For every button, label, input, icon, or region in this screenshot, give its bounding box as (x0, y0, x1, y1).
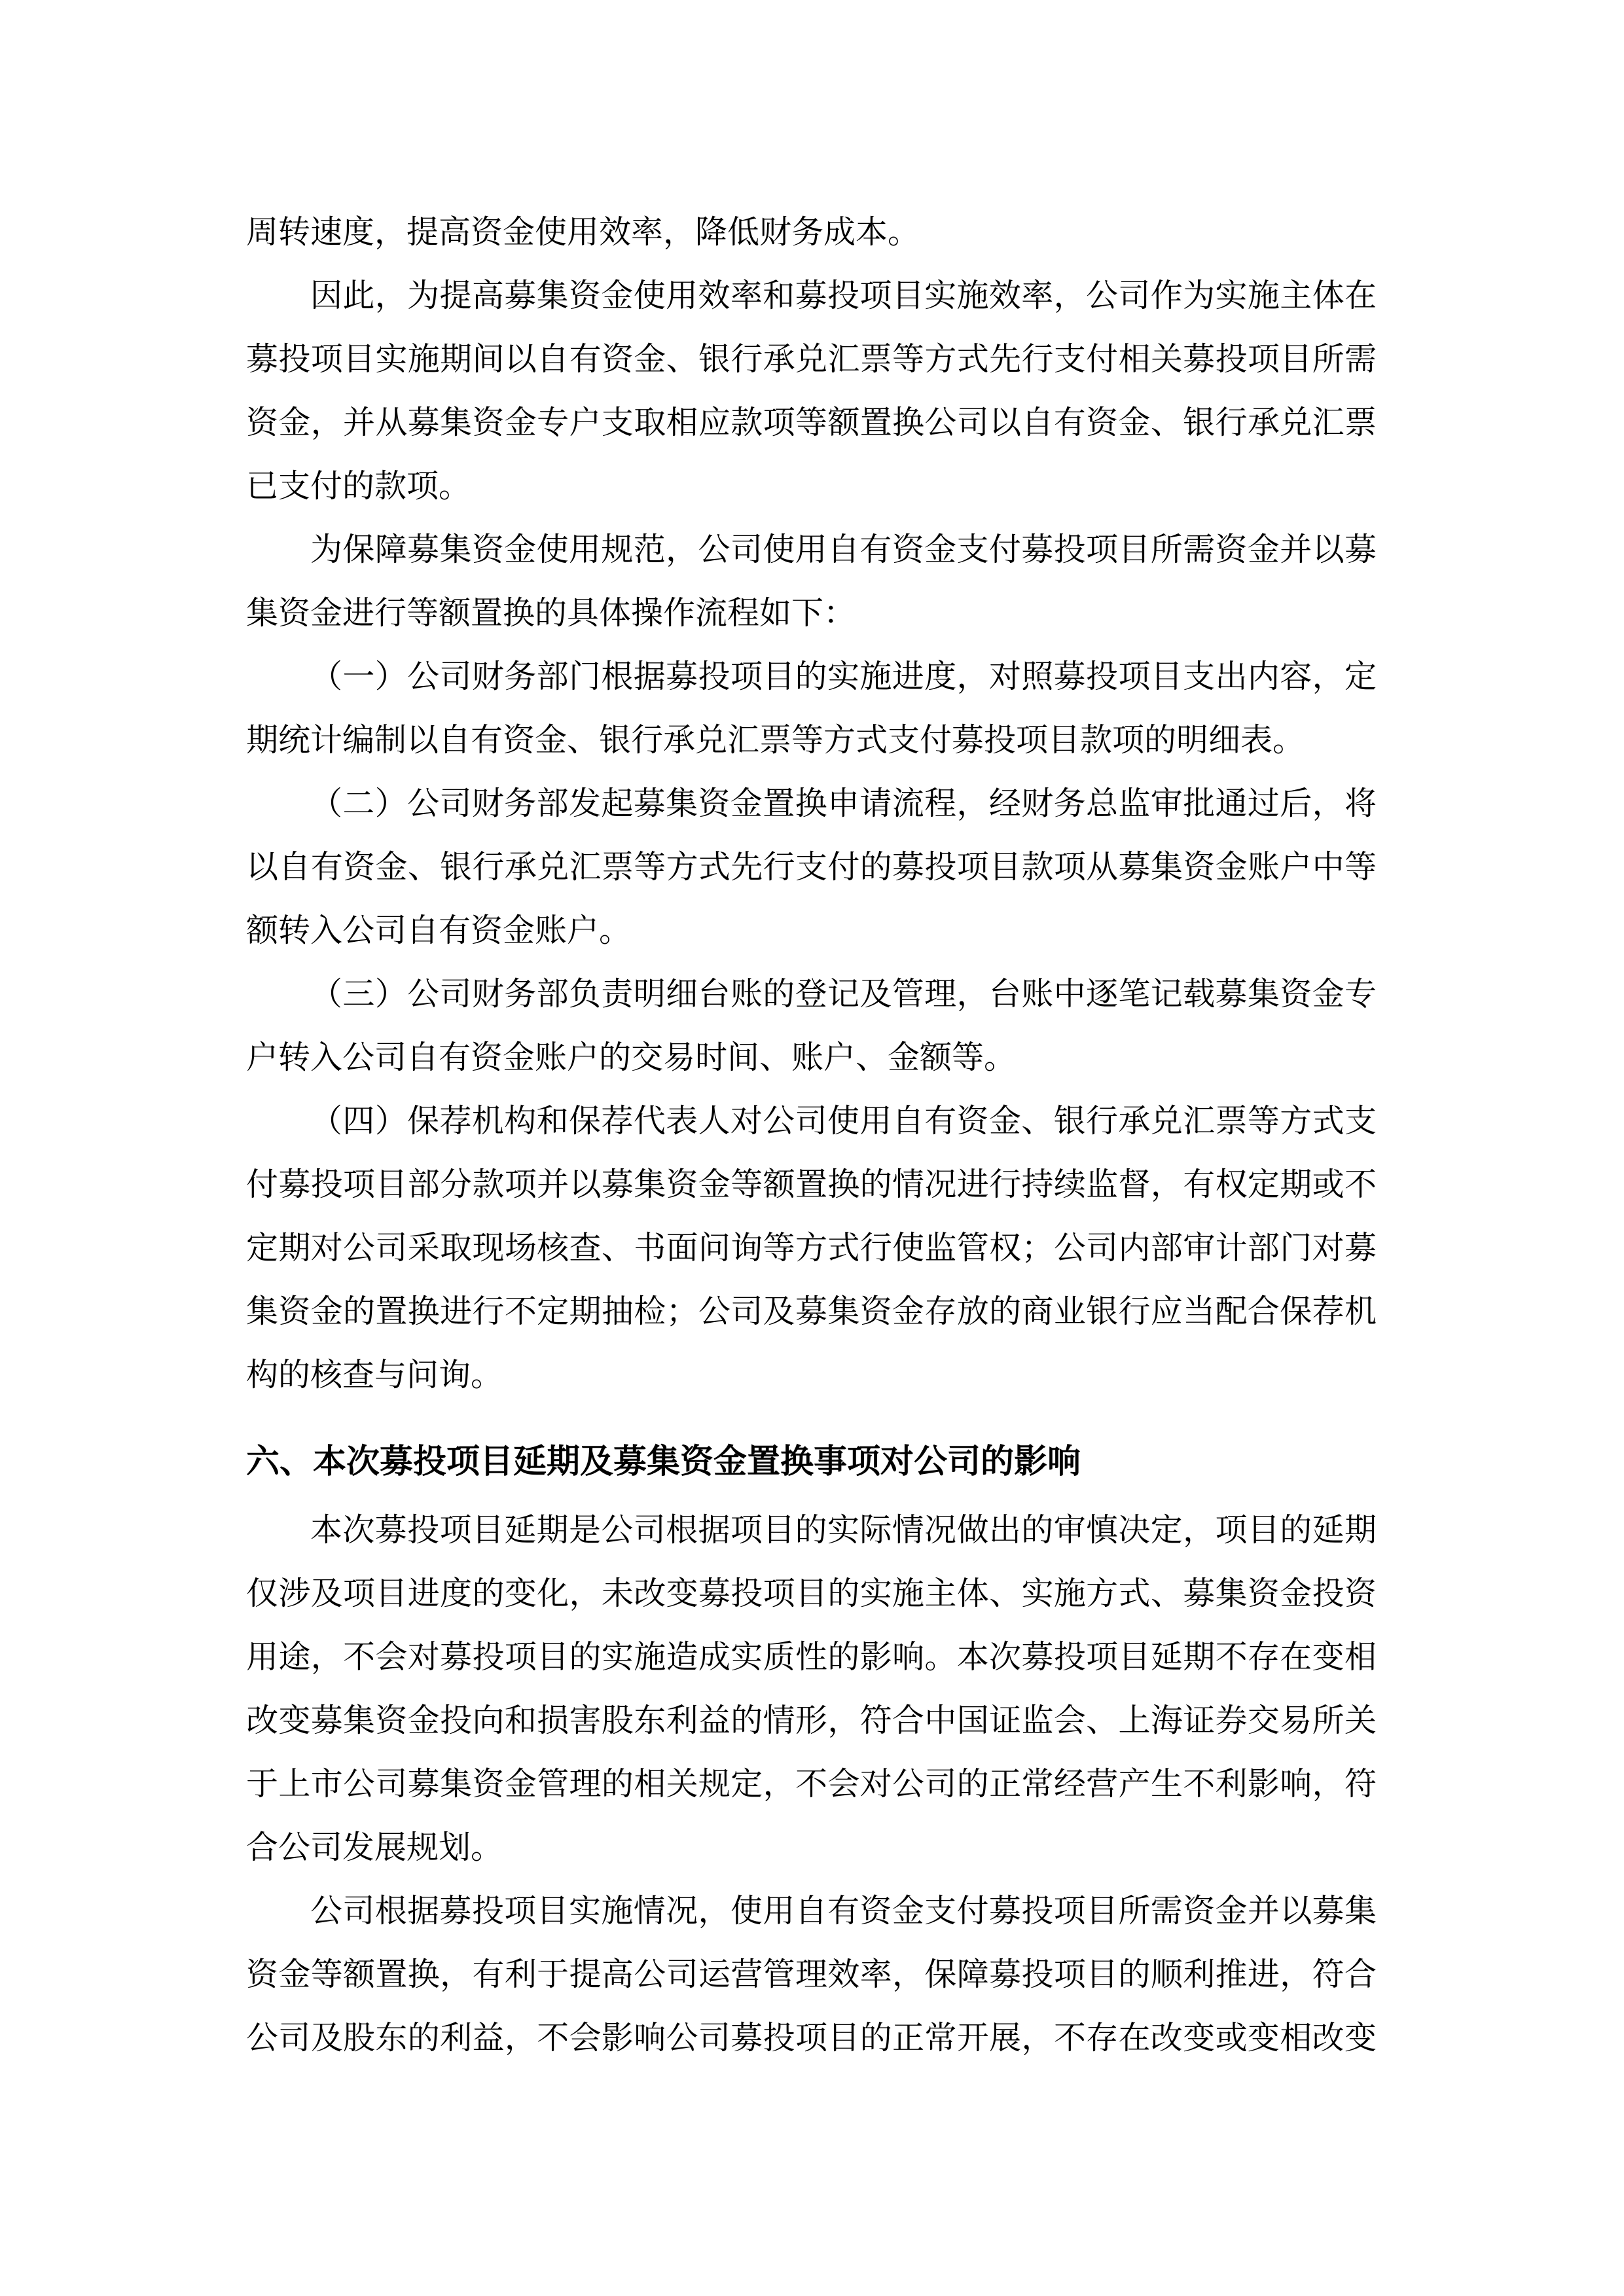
text-line: 公司及股东的利益，不会影响公司募投项目的正常开展，不存在改变或变相改变 (246, 2006, 1377, 2070)
text-line: 付募投项目部分款项并以募集资金等额置换的情况进行持续监督，有权定期或不 (246, 1153, 1377, 1216)
text-line: 集资金进行等额置换的具体操作流程如下： (246, 581, 1377, 645)
text-line: 本次募投项目延期是公司根据项目的实际情况做出的审慎决定，项目的延期 (246, 1498, 1377, 1562)
text-line: （三）公司财务部负责明细台账的登记及管理，台账中逐笔记载募集资金专 (246, 962, 1377, 1026)
section-heading: 六、本次募投项目延期及募集资金置换事项对公司的影响 (246, 1429, 1377, 1493)
text-line: 于上市公司募集资金管理的相关规定，不会对公司的正常经营产生不利影响，符 (246, 1752, 1377, 1816)
text-line: 集资金的置换进行不定期抽检；公司及募集资金存放的商业银行应当配合保荐机 (246, 1280, 1377, 1343)
text-line: 仅涉及项目进度的变化，未改变募投项目的实施主体、实施方式、募集资金投资 (246, 1562, 1377, 1625)
text-line: 募投项目实施期间以自有资金、银行承兑汇票等方式先行支付相关募投项目所需 (246, 327, 1377, 391)
text-line: 因此，为提高募集资金使用效率和募投项目实施效率，公司作为实施主体在 (246, 264, 1377, 327)
text-line: 改变募集资金投向和损害股东利益的情形，符合中国证监会、上海证券交易所关 (246, 1689, 1377, 1752)
document-page: 周转速度，提高资金使用效率，降低财务成本。 因此，为提高募集资金使用效率和募投项… (0, 0, 1624, 2296)
text-line: 资金等额置换，有利于提高公司运营管理效率，保障募投项目的顺利推进，符合 (246, 1943, 1377, 2006)
text-line: 构的核查与问询。 (246, 1343, 1377, 1407)
text-line: 以自有资金、银行承兑汇票等方式先行支付的募投项目款项从募集资金账户中等 (246, 835, 1377, 899)
text-line: （一）公司财务部门根据募投项目的实施进度，对照募投项目支出内容，定 (246, 645, 1377, 708)
text-line: 周转速度，提高资金使用效率，降低财务成本。 (246, 200, 1377, 264)
text-line: 用途，不会对募投项目的实施造成实质性的影响。本次募投项目延期不存在变相 (246, 1625, 1377, 1689)
text-line: 定期对公司采取现场核查、书面问询等方式行使监管权；公司内部审计部门对募 (246, 1216, 1377, 1280)
text-line: 资金，并从募集资金专户支取相应款项等额置换公司以自有资金、银行承兑汇票 (246, 391, 1377, 454)
text-line: 为保障募集资金使用规范，公司使用自有资金支付募投项目所需资金并以募 (246, 518, 1377, 581)
text-line: 额转入公司自有资金账户。 (246, 899, 1377, 962)
text-line: 户转入公司自有资金账户的交易时间、账户、金额等。 (246, 1026, 1377, 1089)
document-text-block: 周转速度，提高资金使用效率，降低财务成本。 因此，为提高募集资金使用效率和募投项… (246, 200, 1377, 2070)
text-line: （四）保荐机构和保荐代表人对公司使用自有资金、银行承兑汇票等方式支 (246, 1089, 1377, 1153)
text-line: 公司根据募投项目实施情况，使用自有资金支付募投项目所需资金并以募集 (246, 1879, 1377, 1943)
text-line: 合公司发展规划。 (246, 1816, 1377, 1879)
text-line: 已支付的款项。 (246, 454, 1377, 518)
text-line: 期统计编制以自有资金、银行承兑汇票等方式支付募投项目款项的明细表。 (246, 708, 1377, 772)
text-line: （二）公司财务部发起募集资金置换申请流程，经财务总监审批通过后，将 (246, 772, 1377, 835)
